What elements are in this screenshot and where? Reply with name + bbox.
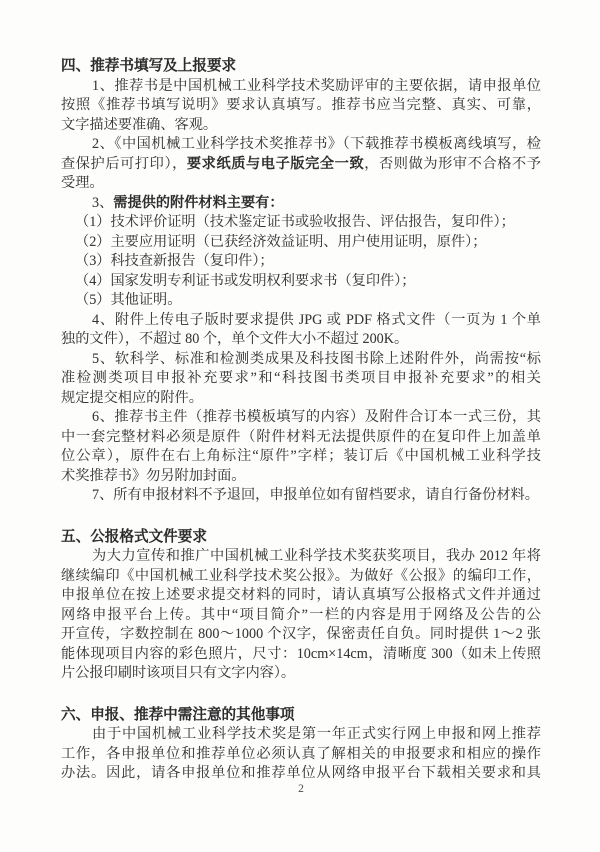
paragraph-line: 查保护后可打印），要求纸质与电子版完全一致，否则做为形审不合格不予 <box>61 155 541 175</box>
paragraph-line: 1、推荐书是中国机械工业科学技术奖励评审的主要依据，请申报单位 <box>61 77 541 97</box>
paragraph-line: 文字描述要准确、客观。 <box>61 116 541 136</box>
page-number: 2 <box>61 783 541 795</box>
paragraph: 为大力宣传和推广中国机械工业科学技术奖获奖项目，我办 2012 年将继续编印《中… <box>61 547 541 684</box>
section: 五、公报格式文件要求为大力宣传和推广中国机械工业科学技术奖获奖项目，我办 201… <box>61 528 541 684</box>
paragraph: 7、所有申报材料不予退回，申报单位如有留档要求，请自行备份材料。 <box>61 486 541 506</box>
list-item: （1）技术评价证明（技术鉴定证书或验收报告、评估报告，复印件）； <box>61 213 541 233</box>
paragraph-line: 术奖推荐书》勿另附加封面。 <box>61 467 541 487</box>
paragraph-line: 由于中国机械工业科学技术奖是第一年正式实行网上申报和网上推荐 <box>61 725 541 745</box>
paragraph-line: 位公章），原件在右上角标注“原件”字样；装订后《中国机械工业科学技 <box>61 447 541 467</box>
paragraph-line: 2、《中国机械工业科学技术奖推荐书》（下载推荐书模板离线填写，检 <box>61 135 541 155</box>
paragraph-line: 片公报印刷时该项目只有文字内容）。 <box>61 664 541 684</box>
text-segment: 独的文件），不超过 80 个，单个文件大小不超过 200K。 <box>61 331 408 347</box>
text-segment: 为大力宣传和推广中国机械工业科学技术奖获奖项目，我办 2012 年将 <box>92 548 541 564</box>
paragraph-line: 7、所有申报材料不予退回，申报单位如有留档要求，请自行备份材料。 <box>61 486 541 506</box>
paragraph: 1、推荐书是中国机械工业科学技术奖励评审的主要依据，请申报单位按照《推荐书填写说… <box>61 77 541 136</box>
text-segment: 规定提交相应的附件。 <box>61 390 203 406</box>
paragraph-line: 为大力宣传和推广中国机械工业科学技术奖获奖项目，我办 2012 年将 <box>61 547 541 567</box>
text-segment: 查保护后可打印）， <box>61 156 187 172</box>
list-item: （4）国家发明专利证书或发明权利要求书（复印件）； <box>61 272 541 292</box>
text-segment: 3、 <box>92 195 113 211</box>
list-item: （3）科技查新报告（复印件）； <box>61 252 541 272</box>
text-segment: 7、所有申报材料不予退回，申报单位如有留档要求，请自行备份材料。 <box>92 487 539 503</box>
text-segment: 办法。因此，请各申报单位和推荐单位从网络申报平台下载相关要求和具 <box>61 765 541 781</box>
paragraph-line: 准检测类项目申报补充要求”和“科技图书类项目申报补充要求”的相关 <box>61 369 541 389</box>
section-heading: 五、公报格式文件要求 <box>61 528 541 548</box>
text-segment: 开宣传，字数控制在 800～1000 个汉字，保密责任自负。同时提供 1～2 张 <box>61 626 541 642</box>
paragraph-line: 能体现项目内容的彩色照片，尺寸：10cm×14cm，清晰度 300（如未上传照 <box>61 645 541 665</box>
paragraph: 由于中国机械工业科学技术奖是第一年正式实行网上申报和网上推荐工作，各申报单位和推… <box>61 725 541 784</box>
list-item: （5）其他证明。 <box>61 291 541 311</box>
text-segment: （1）技术评价证明（技术鉴定证书或验收报告、评估报告，复印件）； <box>75 214 515 230</box>
paragraph: 4、附件上传电子版时要求提供 JPG 或 PDF 格式文件（一页为 1 个单独的… <box>61 311 541 350</box>
document-body: 四、推荐书填写及上报要求1、推荐书是中国机械工业科学技术奖励评审的主要依据，请申… <box>61 57 541 784</box>
text-segment: （3）科技查新报告（复印件）； <box>75 253 274 269</box>
paragraph: 6、推荐书主件（推荐书模板填写的内容）及附件合订本一式三份，其中一套完整材料必须… <box>61 408 541 486</box>
paragraph-line: 规定提交相应的附件。 <box>61 389 541 409</box>
paragraph-line: 4、附件上传电子版时要求提供 JPG 或 PDF 格式文件（一页为 1 个单 <box>61 311 541 331</box>
text-segment: 申报单位在按上述要求提交材料的同时，请认真填写公报格式文件并通过 <box>61 587 541 603</box>
bold-text-segment: 要求纸质与电子版完全一致 <box>187 156 364 172</box>
paragraph-line: 受理。 <box>61 174 541 194</box>
paragraph-line: 申报单位在按上述要求提交材料的同时，请认真填写公报格式文件并通过 <box>61 586 541 606</box>
text-segment: （5）其他证明。 <box>75 292 181 308</box>
section-heading: 六、申报、推荐中需注意的其他事项 <box>61 706 541 726</box>
text-segment: 文字描述要准确、客观。 <box>61 117 217 133</box>
paragraph-line: 中一套完整材料必须是原件（附件材料无法提供原件的在复印件上加盖单 <box>61 428 541 448</box>
text-segment: 1、推荐书是中国机械工业科学技术奖励评审的主要依据，请申报单位 <box>92 78 541 94</box>
section-heading: 四、推荐书填写及上报要求 <box>61 57 541 77</box>
text-segment: 按照《推荐书填写说明》要求认真填写。推荐书应当完整、真实、可靠， <box>61 97 541 113</box>
document-page: 四、推荐书填写及上报要求1、推荐书是中国机械工业科学技术奖励评审的主要依据，请申… <box>0 0 600 852</box>
paragraph-line: 6、推荐书主件（推荐书模板填写的内容）及附件合订本一式三份，其 <box>61 408 541 428</box>
text-segment: 位公章），原件在右上角标注“原件”字样；装订后《中国机械工业科学技 <box>61 448 541 464</box>
text-segment: 工作，各申报单位和推荐单位必须认真了解相关的申报要求和相应的操作 <box>61 746 541 762</box>
text-segment: 由于中国机械工业科学技术奖是第一年正式实行网上申报和网上推荐 <box>92 726 541 742</box>
text-segment: ，否则做为形审不合格不予 <box>364 156 541 172</box>
bold-text-segment: 需提供的附件材料主要有： <box>113 195 283 211</box>
text-segment: 6、推荐书主件（推荐书模板填写的内容）及附件合订本一式三份，其 <box>92 409 541 425</box>
text-segment: （2）主要应用证明（已获经济效益证明、用户使用证明，原件）； <box>75 234 486 250</box>
text-segment: 准检测类项目申报补充要求”和“科技图书类项目申报补充要求”的相关 <box>61 370 541 386</box>
text-segment: 术奖推荐书》勿另附加封面。 <box>61 468 245 484</box>
list-item: （2）主要应用证明（已获经济效益证明、用户使用证明，原件）； <box>61 233 541 253</box>
section: 四、推荐书填写及上报要求1、推荐书是中国机械工业科学技术奖励评审的主要依据，请申… <box>61 57 541 506</box>
paragraph-line: 办法。因此，请各申报单位和推荐单位从网络申报平台下载相关要求和具 <box>61 764 541 784</box>
attachment-list: （1）技术评价证明（技术鉴定证书或验收报告、评估报告，复印件）；（2）主要应用证… <box>61 213 541 311</box>
paragraph-line: 5、软科学、标准和检测类成果及科技图书除上述附件外，尚需按“标 <box>61 350 541 370</box>
paragraph-line: 继续编印《中国机械工业科学技术奖公报》。为做好《公报》的编印工作， <box>61 567 541 587</box>
text-segment: 网络申报平台上传。其中“项目简介”一栏的内容是用于网络及公告的公 <box>61 607 541 623</box>
paragraph-line: 工作，各申报单位和推荐单位必须认真了解相关的申报要求和相应的操作 <box>61 745 541 765</box>
paragraph: 5、软科学、标准和检测类成果及科技图书除上述附件外，尚需按“标准检测类项目申报补… <box>61 350 541 409</box>
paragraph-line: 网络申报平台上传。其中“项目简介”一栏的内容是用于网络及公告的公 <box>61 606 541 626</box>
paragraph-line: 按照《推荐书填写说明》要求认真填写。推荐书应当完整、真实、可靠， <box>61 96 541 116</box>
paragraph: 2、《中国机械工业科学技术奖推荐书》（下载推荐书模板离线填写，检查保护后可打印）… <box>61 135 541 194</box>
text-segment: （4）国家发明专利证书或发明权利要求书（复印件）； <box>75 273 416 289</box>
paragraph-line: 独的文件），不超过 80 个，单个文件大小不超过 200K。 <box>61 330 541 350</box>
section: 六、申报、推荐中需注意的其他事项由于中国机械工业科学技术奖是第一年正式实行网上申… <box>61 706 541 784</box>
paragraph-line: 3、需提供的附件材料主要有： <box>61 194 541 214</box>
text-segment: 5、软科学、标准和检测类成果及科技图书除上述附件外，尚需按“标 <box>92 351 541 367</box>
text-segment: 受理。 <box>61 175 104 191</box>
paragraph-line: 开宣传，字数控制在 800～1000 个汉字，保密责任自负。同时提供 1～2 张 <box>61 625 541 645</box>
paragraph: 3、需提供的附件材料主要有： <box>61 194 541 214</box>
text-segment: 能体现项目内容的彩色照片，尺寸：10cm×14cm，清晰度 300（如未上传照 <box>61 646 541 662</box>
text-segment: 2、《中国机械工业科学技术奖推荐书》（下载推荐书模板离线填写，检 <box>92 136 541 152</box>
text-segment: 中一套完整材料必须是原件（附件材料无法提供原件的在复印件上加盖单 <box>61 429 541 445</box>
text-segment: 继续编印《中国机械工业科学技术奖公报》。为做好《公报》的编印工作， <box>61 568 541 584</box>
text-segment: 片公报印刷时该项目只有文字内容）。 <box>61 665 295 681</box>
text-segment: 4、附件上传电子版时要求提供 JPG 或 PDF 格式文件（一页为 1 个单 <box>92 312 541 328</box>
